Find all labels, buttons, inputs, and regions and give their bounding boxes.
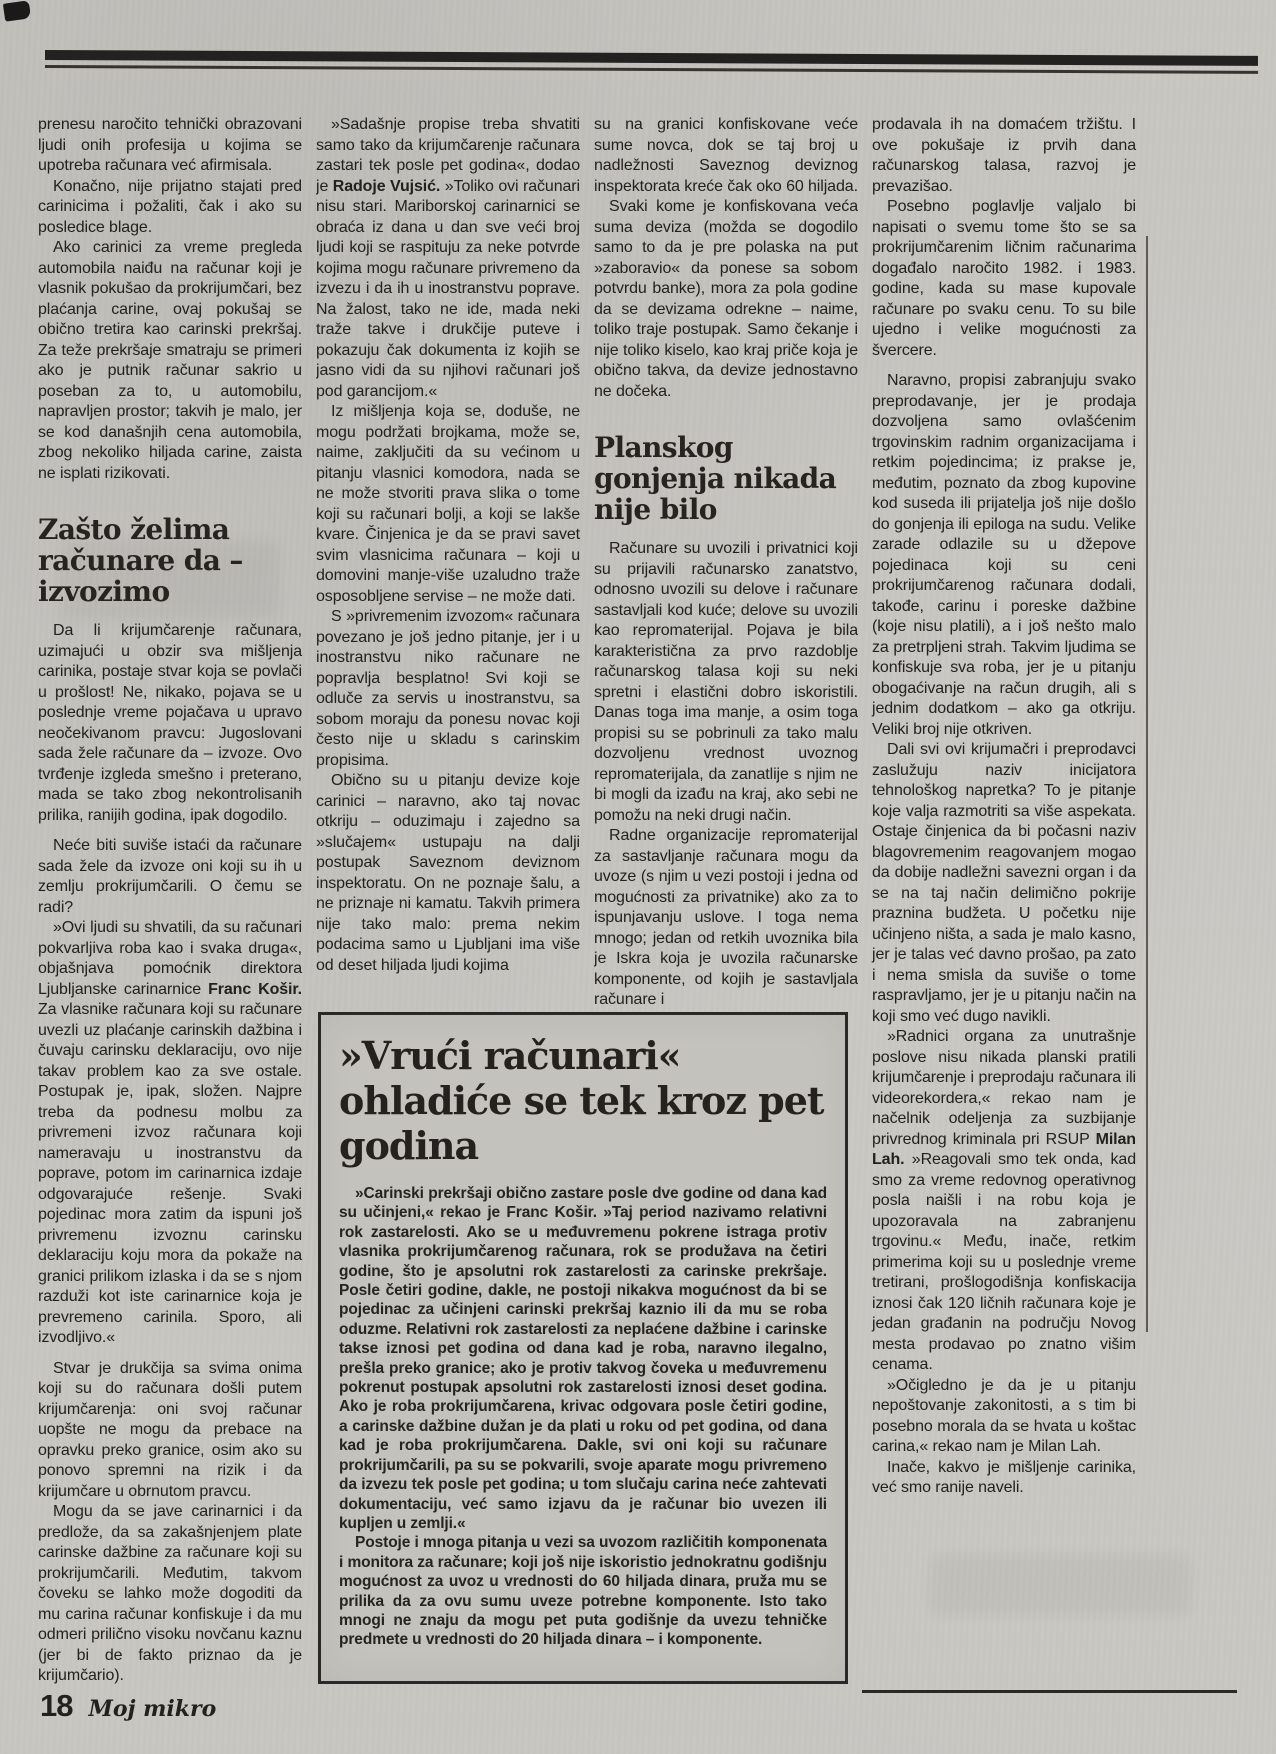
paragraph: su na granici konfiskovane veće sume nov…: [594, 115, 858, 197]
bottom-right-rule: [862, 1690, 1237, 1693]
paragraph: Obično su u pitanju devize koje carinici…: [316, 771, 580, 976]
paragraph: prenesu naročito tehnički obrazovani lju…: [38, 115, 302, 177]
top-rule-thin: [45, 65, 1258, 74]
paragraph: Mogu da se jave carinarnici i da predlož…: [38, 1502, 302, 1687]
paragraph: Ako carinici za vreme pregleda automobil…: [38, 238, 302, 484]
page-number: 18: [40, 1688, 72, 1723]
text-column-2: »Sadašnje propise treba shvatiti samo ta…: [316, 115, 580, 1007]
paragraph: Dali svi ovi krijumačri i preprodavci za…: [872, 740, 1136, 1027]
paragraph: Da li krijumčarenje računara, uzimajući …: [38, 621, 302, 826]
paragraph: »Očigledno je da je u pitanju nepoštovan…: [872, 1376, 1136, 1458]
magazine-title: Moj mikro: [88, 1696, 216, 1722]
paragraph: Posebno poglavlje valjalo bi napisati o …: [872, 197, 1136, 361]
top-rule-thick: [45, 50, 1258, 66]
text-column-1: prenesu naročito tehnički obrazovani lju…: [38, 115, 302, 1687]
page-footer: 18Moj mikro: [40, 1688, 216, 1724]
feature-box-body: »Carinski prekršaji obično zastare posle…: [339, 1184, 827, 1650]
paragraph: S »privremenim izvozom« računara povezan…: [316, 607, 580, 771]
print-bleed-artifact: [930, 1555, 1190, 1615]
section-heading: Zašto želima računare da – izvozimo: [38, 514, 302, 607]
right-margin-rule: [1146, 236, 1148, 1332]
paragraph: Neće biti suviše istaći da računare sada…: [38, 836, 302, 918]
paragraph: Stvar je drukčija sa svima onima koji su…: [38, 1359, 302, 1503]
paragraph: Postoje i mnoga pitanja u vezi sa uvozom…: [339, 1533, 827, 1649]
paragraph: Računare su uvozili i privatnici koji su…: [594, 539, 858, 826]
paragraph: Inače, kakvo je mišljenje carinika, već …: [872, 1458, 1136, 1499]
scan-speck: [3, 0, 31, 21]
text-column-3: su na granici konfiskovane veće sume nov…: [594, 115, 858, 1007]
paragraph: »Sadašnje propise treba shvatiti samo ta…: [316, 115, 580, 402]
text-column-4: prodavala ih na domaćem tržištu. I ove p…: [872, 115, 1136, 1499]
paragraph: prodavala ih na domaćem tržištu. I ove p…: [872, 115, 1136, 197]
section-heading: Planskog gonjenja nikada nije bilo: [594, 432, 858, 525]
magazine-page: prenesu naročito tehnički obrazovani lju…: [0, 0, 1276, 1754]
paragraph: »Ovi ljudi su shvatili, da su računari p…: [38, 918, 302, 1349]
paragraph: Radne organizacije repromaterijal za sas…: [594, 826, 858, 1007]
paragraph: Konačno, nije prijatno stajati pred cari…: [38, 177, 302, 239]
paragraph: »Carinski prekršaji obično zastare posle…: [339, 1184, 827, 1533]
feature-box-title: »Vrući računari« ohladiće se tek kroz pe…: [339, 1033, 827, 1168]
paragraph: Svaki kome je konfiskovana veća suma dev…: [594, 197, 858, 402]
paragraph: Naravno, propisi zabranjuju svako prepro…: [872, 371, 1136, 740]
paragraph: Iz mišljenja koja se, doduše, ne mogu po…: [316, 402, 580, 607]
feature-box: »Vrući računari« ohladiće se tek kroz pe…: [318, 1012, 848, 1684]
paragraph: »Radnici organa za unutrašnje poslove ni…: [872, 1027, 1136, 1376]
